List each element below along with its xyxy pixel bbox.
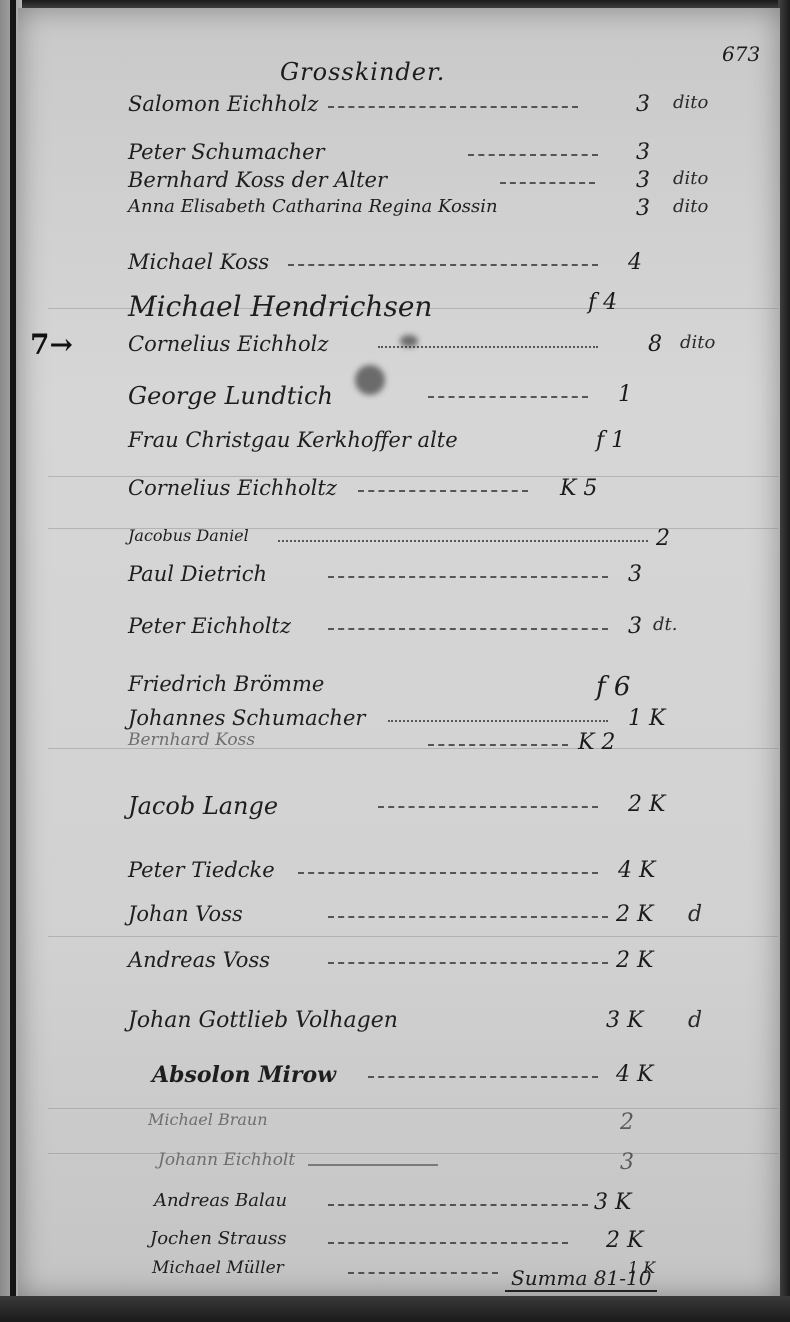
entry-amount: 3 K (606, 1008, 643, 1033)
dash-leader (358, 490, 528, 492)
ruling-line (48, 936, 778, 937)
ledger-entry: Peter Eichholtz 3 dt. (128, 614, 728, 648)
dash-leader (328, 628, 608, 630)
entry-name: Absolon Mirow (152, 1062, 336, 1088)
dash-leader (468, 154, 598, 156)
ledger-entry: Johan Gottlieb Volhagen 3 K d (128, 1008, 728, 1042)
ledger-entry: Andreas Voss 2 K (128, 948, 728, 982)
entry-note: d (688, 902, 702, 927)
entry-amount: 4 K (616, 1062, 653, 1087)
entry-amount: 3 (636, 196, 650, 221)
entry-amount: K 5 (560, 476, 597, 501)
entry-amount: 3 (636, 92, 650, 117)
ledger-entry: Michael Koss 4 (128, 250, 728, 284)
entry-amount: 2 (620, 1110, 634, 1135)
entry-name: Michael Müller (152, 1258, 284, 1278)
dash-leader (328, 106, 578, 108)
entry-amount: 3 (636, 140, 650, 165)
ruling-line (48, 1108, 778, 1109)
dash-leader (328, 1204, 588, 1206)
ledger-entry: Anna Elisabeth Catharina Regina Kossin 3… (128, 196, 728, 230)
entry-name: Jacob Lange (128, 792, 278, 820)
ledger-entry: Friedrich Brömme f 6 (128, 672, 728, 706)
entry-name: Cornelius Eichholz (128, 332, 328, 356)
ledger-entry: Cornelius Eichholz 8 dito (128, 332, 728, 366)
entry-amount: f 4 (588, 290, 617, 315)
dot-leader (388, 720, 608, 722)
dash-leader (328, 962, 608, 964)
entry-name: Jochen Strauss (150, 1228, 287, 1249)
dash-leader (298, 872, 598, 874)
section-heading: Grosskinder. (280, 58, 445, 86)
entry-name: Andreas Voss (128, 948, 270, 972)
entry-name: Andreas Balau (154, 1190, 287, 1211)
entry-amount: 1 K (628, 706, 665, 731)
ledger-entry: Jochen Strauss 2 K (128, 1228, 728, 1262)
entry-amount: K 2 (578, 730, 615, 755)
entry-name: Johan Voss (128, 902, 243, 926)
page-number: 673 (722, 42, 760, 66)
ledger-entry: Michael Braun 2 (128, 1110, 728, 1144)
ledger-entry: Frau Christgau Kerkhoffer alte f 1 (128, 428, 728, 462)
entry-amount: 1 (618, 382, 632, 407)
entry-name: Paul Dietrich (128, 562, 267, 586)
entry-amount: 2 (656, 526, 670, 551)
ledger-entry: Andreas Balau 3 K (128, 1190, 728, 1224)
entry-amount: 2 K (616, 902, 653, 927)
ledger-entry: Johan Voss 2 K d (128, 902, 728, 936)
entry-name: Peter Eichholtz (128, 614, 291, 638)
ledger-entry: Absolon Mirow 4 K (128, 1062, 728, 1096)
binding-line (10, 0, 16, 1322)
underline-stroke (308, 1164, 438, 1166)
entry-name: Johann Eichholt (158, 1150, 295, 1170)
dot-leader (378, 346, 598, 348)
entry-name: George Lundtich (128, 382, 333, 410)
entry-amount: 2 K (628, 792, 665, 817)
entry-note: dito (673, 92, 708, 113)
ledger-entry: Cornelius Eichholtz K 5 (128, 476, 728, 510)
dash-leader (368, 1076, 598, 1078)
entry-name: Johan Gottlieb Volhagen (128, 1008, 398, 1033)
ledger-entry: Michael Hendrichsen f 4 (128, 290, 728, 324)
entry-amount: 2 K (606, 1228, 643, 1253)
ledger-entry: George Lundtich 1 (128, 382, 728, 416)
entry-amount: 2 K (616, 948, 653, 973)
entry-note: dito (673, 168, 708, 189)
dash-leader (378, 806, 598, 808)
ledger-entry: Salomon Eichholz 3 dito (128, 92, 728, 126)
entry-name: Frau Christgau Kerkhoffer alte (128, 428, 458, 452)
entry-amount: 4 (628, 250, 642, 275)
entry-amount: 3 (636, 168, 650, 193)
ledger-entry: Jacob Lange 2 K (128, 792, 728, 826)
dash-leader (288, 264, 598, 266)
margin-mark: 7→ (30, 328, 73, 361)
dash-leader (428, 396, 588, 398)
entry-name: Friedrich Brömme (128, 672, 324, 696)
entry-amount: 8 (648, 332, 662, 357)
entry-amount: f 1 (596, 428, 625, 453)
ledger-entry: Johann Eichholt 3 (128, 1150, 728, 1184)
ledger-entry: Peter Tiedcke 4 K (128, 858, 728, 892)
ledger-entry: Jacobus Daniel 2 (128, 526, 728, 560)
entry-name: Cornelius Eichholtz (128, 476, 337, 500)
dash-leader (500, 182, 595, 184)
entry-name: Peter Tiedcke (128, 858, 275, 882)
entry-amount: f 6 (596, 672, 630, 702)
page-total: Summa 81-10 (505, 1266, 657, 1292)
ledger-entry: Paul Dietrich 3 (128, 562, 728, 596)
dash-leader (328, 1242, 568, 1244)
entry-name: Michael Hendrichsen (128, 290, 432, 323)
entry-name: Bernhard Koss der Alter (128, 168, 387, 192)
entry-note: d (688, 1008, 702, 1033)
entry-name: Bernhard Koss (128, 730, 255, 750)
entry-name: Johannes Schumacher (128, 706, 365, 730)
dash-leader (328, 916, 608, 918)
dash-leader (348, 1272, 498, 1274)
dash-leader (428, 744, 568, 746)
entry-note: dt. (653, 614, 677, 635)
dot-leader (278, 540, 648, 542)
entry-amount: 3 K (594, 1190, 631, 1215)
entry-name: Anna Elisabeth Catharina Regina Kossin (128, 196, 498, 217)
dash-leader (328, 576, 608, 578)
entry-amount: 4 K (618, 858, 655, 883)
entry-amount: 3 (620, 1150, 634, 1175)
entry-name: Jacobus Daniel (128, 526, 249, 545)
entry-name: Salomon Eichholz (128, 92, 318, 116)
ledger-entry: Bernhard Koss K 2 (128, 730, 728, 764)
entry-name: Michael Koss (128, 250, 269, 274)
entry-note: dito (680, 332, 715, 353)
page-bottom-edge (0, 1296, 790, 1322)
entry-amount: 3 (628, 614, 642, 639)
entry-name: Michael Braun (148, 1110, 268, 1129)
entry-amount: 3 (628, 562, 642, 587)
entry-note: dito (673, 196, 708, 217)
entry-name: Peter Schumacher (128, 140, 325, 164)
